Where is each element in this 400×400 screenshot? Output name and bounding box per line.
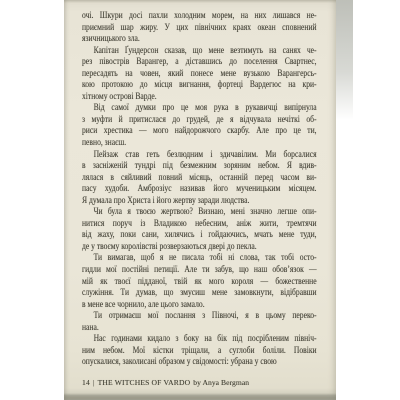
text-line: Від самої думки про це моя рука в рукави… [82, 102, 317, 114]
text-line: лялася в сяйливий повний місяць, останні… [82, 172, 317, 184]
text-line: в засніженій тундрі під безмежним зоряни… [82, 160, 317, 172]
page-edge-shadow [336, 0, 353, 120]
text-line: Чи була я твоєю жертвою? Визнаю, мені зн… [82, 206, 317, 218]
paragraph: очі. Шкури досі пахли холодним морем, на… [82, 10, 317, 45]
text-line: від жаху, поки сани, хилячись і гойдаючи… [82, 229, 317, 241]
text-line: служіння. Ти думав, що змусиш мене замов… [82, 287, 317, 299]
text-line: Пейзаж став геть безлюдним і здичавілим.… [82, 149, 317, 161]
text-line: де у твоєму королівстві розверзаються дв… [82, 241, 317, 253]
paragraph: Ти вимагав, щоб я не писала тобі ні слов… [82, 252, 317, 310]
text-line: язичницького зла. [82, 33, 317, 45]
text-line: опускалися, заколисані образом у свідомо… [82, 356, 317, 368]
page-footer: 14|THE WITCHES OF VARDOby Anya Bergman [82, 378, 249, 387]
text-line: в мене все чорнило, але цього замало. [82, 299, 317, 311]
text-line: приємний шар жиру. У цих північних краях… [82, 22, 317, 34]
text-line: певно, знаєш. [82, 137, 317, 149]
text-line: ним небом. Мої кістки тріщали, а суглоби… [82, 345, 317, 357]
text-line: нитися поруч із Владикою небесним, аніж … [82, 218, 317, 230]
page-number: 14 [82, 378, 90, 387]
paragraph: Від самої думки про це моя рука в рукави… [82, 102, 317, 148]
text-line: мій як твоєї підданої, твій як мого коро… [82, 276, 317, 288]
text-line: рез півострів Варангер, а діставшись до … [82, 56, 317, 68]
text-line: пасу худоби. Амброзіус називав його муче… [82, 183, 317, 195]
book-page: очі. Шкури досі пахли холодним морем, на… [64, 0, 336, 400]
text-line: Ти вимагав, щоб я не писала тобі ні слов… [82, 252, 317, 264]
text-line: Ти отримаєш мої послання з Півночі, я в … [82, 310, 317, 322]
text-line: Я думала про Христа і його жертву заради… [82, 195, 317, 207]
text-line: з муфти й притислася до грудей, де я від… [82, 114, 317, 126]
paragraph: Чи була я твоєю жертвою? Визнаю, мені зн… [82, 206, 317, 252]
text-line: хітному острові Варде. [82, 91, 317, 103]
paragraph: Ти отримаєш мої послання з Півночі, я в … [82, 310, 317, 333]
book-title: THE WITCHES OF VARDO [98, 378, 191, 387]
text-line: пересадять на човен, який понесе мене ву… [82, 68, 317, 80]
page-text: очі. Шкури досі пахли холодним морем, на… [82, 10, 317, 368]
book-page-photo: очі. Шкури досі пахли холодним морем, на… [0, 0, 400, 400]
footer-byline: by Anya Bergman [193, 378, 249, 387]
paragraph: Капітан Ґундерсон сказав, що мене везтим… [82, 45, 317, 103]
text-line: очі. Шкури досі пахли холодним морем, на… [82, 10, 317, 22]
text-line: Капітан Ґундерсон сказав, що мене везтим… [82, 45, 317, 57]
paragraph: Нас годинами кидало з боку на бік під по… [82, 333, 317, 368]
paragraph: Пейзаж став геть безлюдним і здичавілим.… [82, 149, 317, 207]
text-line: Нас годинами кидало з боку на бік під по… [82, 333, 317, 345]
footer-separator: | [93, 378, 95, 387]
text-line: риси хрестика — мого найдорожчого скарбу… [82, 125, 317, 137]
text-line: кою протокою до місця вигнання, фортеці … [82, 79, 317, 91]
text-line: гидли мої постійні петиції. Але ти забув… [82, 264, 317, 276]
text-line: нана. [82, 322, 317, 334]
